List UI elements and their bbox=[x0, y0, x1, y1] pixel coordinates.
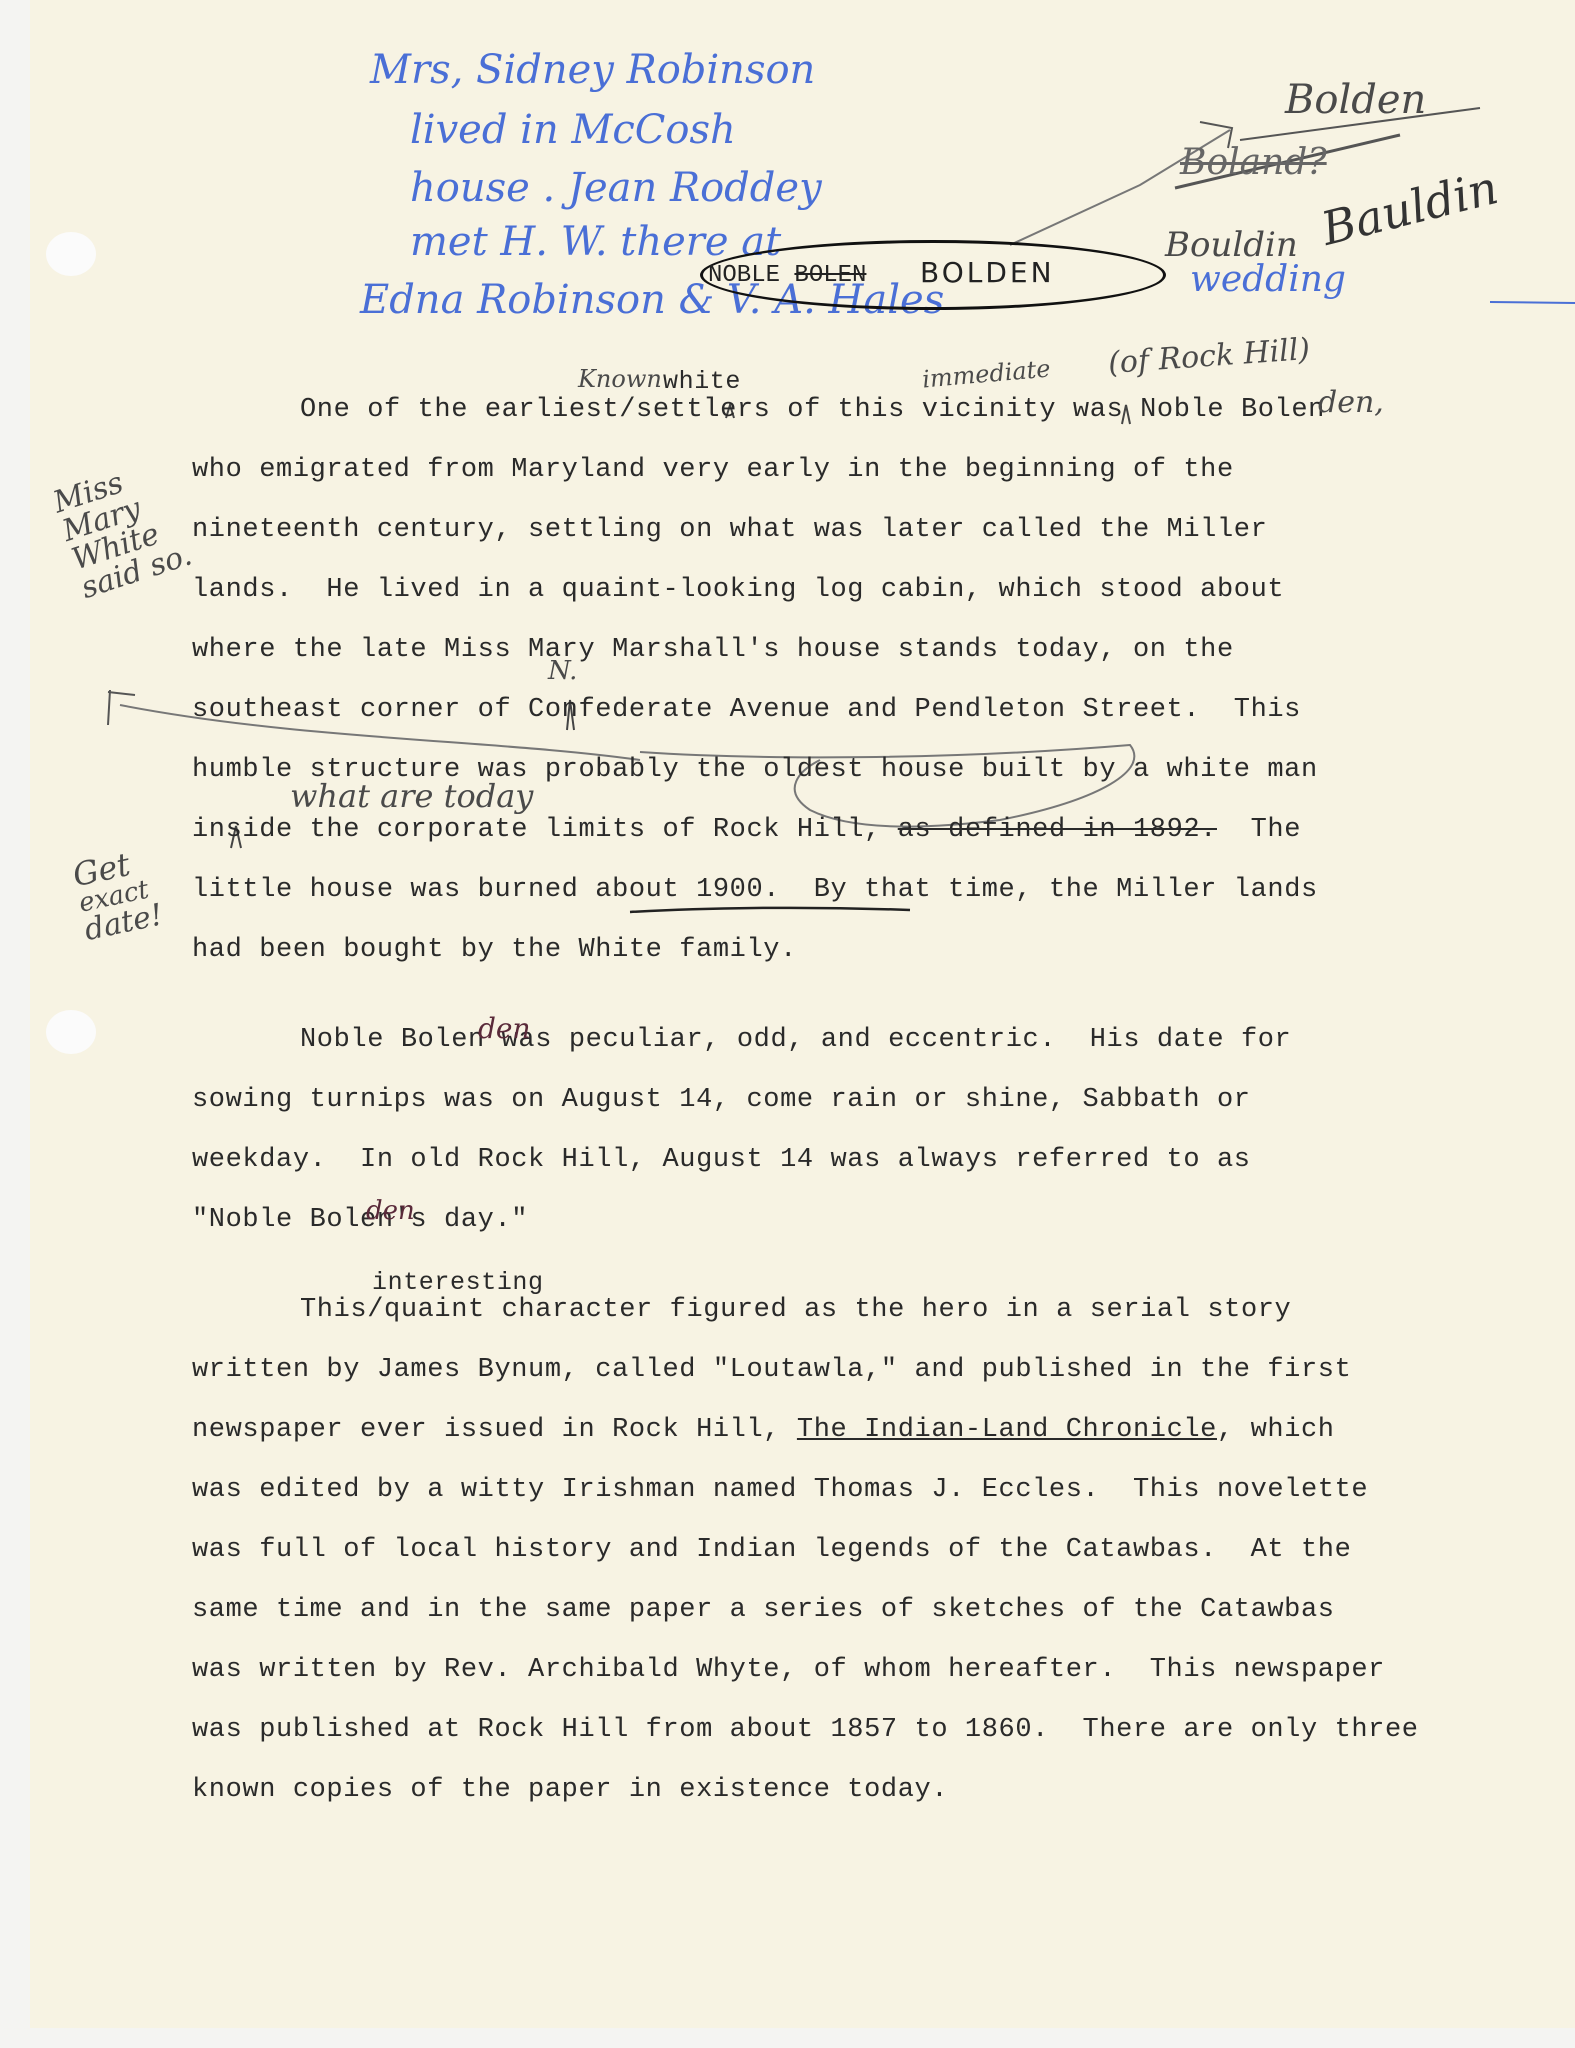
text-line: where the late Miss Mary Marshall's hous… bbox=[192, 635, 1234, 665]
text-line: had been bought by the White family. bbox=[192, 935, 797, 965]
note-boland-struck: Boland? bbox=[1180, 145, 1327, 181]
text-line: southeast corner of Confederate Avenue a… bbox=[192, 695, 1301, 725]
insert-interesting: interesting bbox=[372, 1268, 544, 1297]
text-span: inside the corporate limits of Rock Hill… bbox=[192, 815, 881, 845]
insert-what-are-today: what are today bbox=[290, 780, 533, 812]
text-span: little house was burned bbox=[192, 875, 595, 905]
text-span: , which bbox=[1217, 1415, 1335, 1445]
newspaper-title: The Indian-Land Chronicle bbox=[797, 1415, 1217, 1445]
punch-hole bbox=[46, 232, 96, 276]
text-line: One of the earliest/settlers of this vic… bbox=[300, 395, 1325, 425]
note-wedding: wedding bbox=[1190, 262, 1346, 298]
text-line: known copies of the paper in existence t… bbox=[192, 1775, 948, 1805]
note-bolden: Bolden bbox=[1285, 80, 1426, 120]
text-span: The bbox=[1217, 815, 1301, 845]
text-line: written by James Bynum, called "Loutawla… bbox=[192, 1355, 1351, 1385]
text-line: little house was burned about 1900. By t… bbox=[192, 875, 1318, 905]
text-line: nineteenth century, settling on what was… bbox=[192, 515, 1267, 545]
insert-white: white bbox=[663, 367, 741, 396]
correction-den: den, bbox=[1318, 388, 1384, 418]
correction-den: den bbox=[478, 1015, 531, 1043]
page-title: NOBLE BOLEN bbox=[708, 262, 866, 289]
text-line: lands. He lived in a quaint-looking log … bbox=[192, 575, 1284, 605]
title-struck-name: BOLEN bbox=[794, 262, 866, 289]
text-line: same time and in the same paper a series… bbox=[192, 1595, 1335, 1625]
title-correction: BOLDEN bbox=[920, 256, 1055, 289]
note-line: house . Jean Roddey bbox=[410, 168, 822, 208]
text-line: "Noble Bolen's day." bbox=[192, 1205, 528, 1235]
underlined-phrase: about 1900. bbox=[595, 875, 780, 905]
text-line: was edited by a witty Irishman named Tho… bbox=[192, 1475, 1368, 1505]
text-line: weekday. In old Rock Hill, August 14 was… bbox=[192, 1145, 1251, 1175]
text-line: inside the corporate limits of Rock Hill… bbox=[192, 815, 1301, 845]
insert-n: N. bbox=[548, 658, 577, 684]
note-bouldin: Bouldin bbox=[1165, 228, 1298, 262]
note-line: Mrs, Sidney Robinson bbox=[370, 50, 815, 90]
text-line: was full of local history and Indian leg… bbox=[192, 1535, 1351, 1565]
text-span: newspaper ever issued in Rock Hill, bbox=[192, 1415, 797, 1445]
text-line: who emigrated from Maryland very early i… bbox=[192, 455, 1234, 485]
note-line: met H. W. there at bbox=[410, 222, 781, 262]
insert-known: Known bbox=[578, 367, 662, 391]
note-line: lived in McCosh bbox=[410, 110, 736, 150]
text-line: sowing turnips was on August 14, come ra… bbox=[192, 1085, 1251, 1115]
correction-den: den bbox=[366, 1198, 415, 1224]
text-line: This/quaint character figured as the her… bbox=[300, 1295, 1291, 1325]
text-line: Noble Bolen was peculiar, odd, and eccen… bbox=[300, 1025, 1291, 1055]
text-line: was published at Rock Hill from about 18… bbox=[192, 1715, 1419, 1745]
text-line: newspaper ever issued in Rock Hill, The … bbox=[192, 1415, 1335, 1445]
text-span: By that time, the Miller lands bbox=[780, 875, 1318, 905]
title-prefix: NOBLE bbox=[708, 262, 794, 289]
punch-hole bbox=[46, 1010, 96, 1054]
text-line: was written by Rev. Archibald Whyte, of … bbox=[192, 1655, 1385, 1685]
struck-phrase: as defined in 1892. bbox=[898, 815, 1217, 845]
